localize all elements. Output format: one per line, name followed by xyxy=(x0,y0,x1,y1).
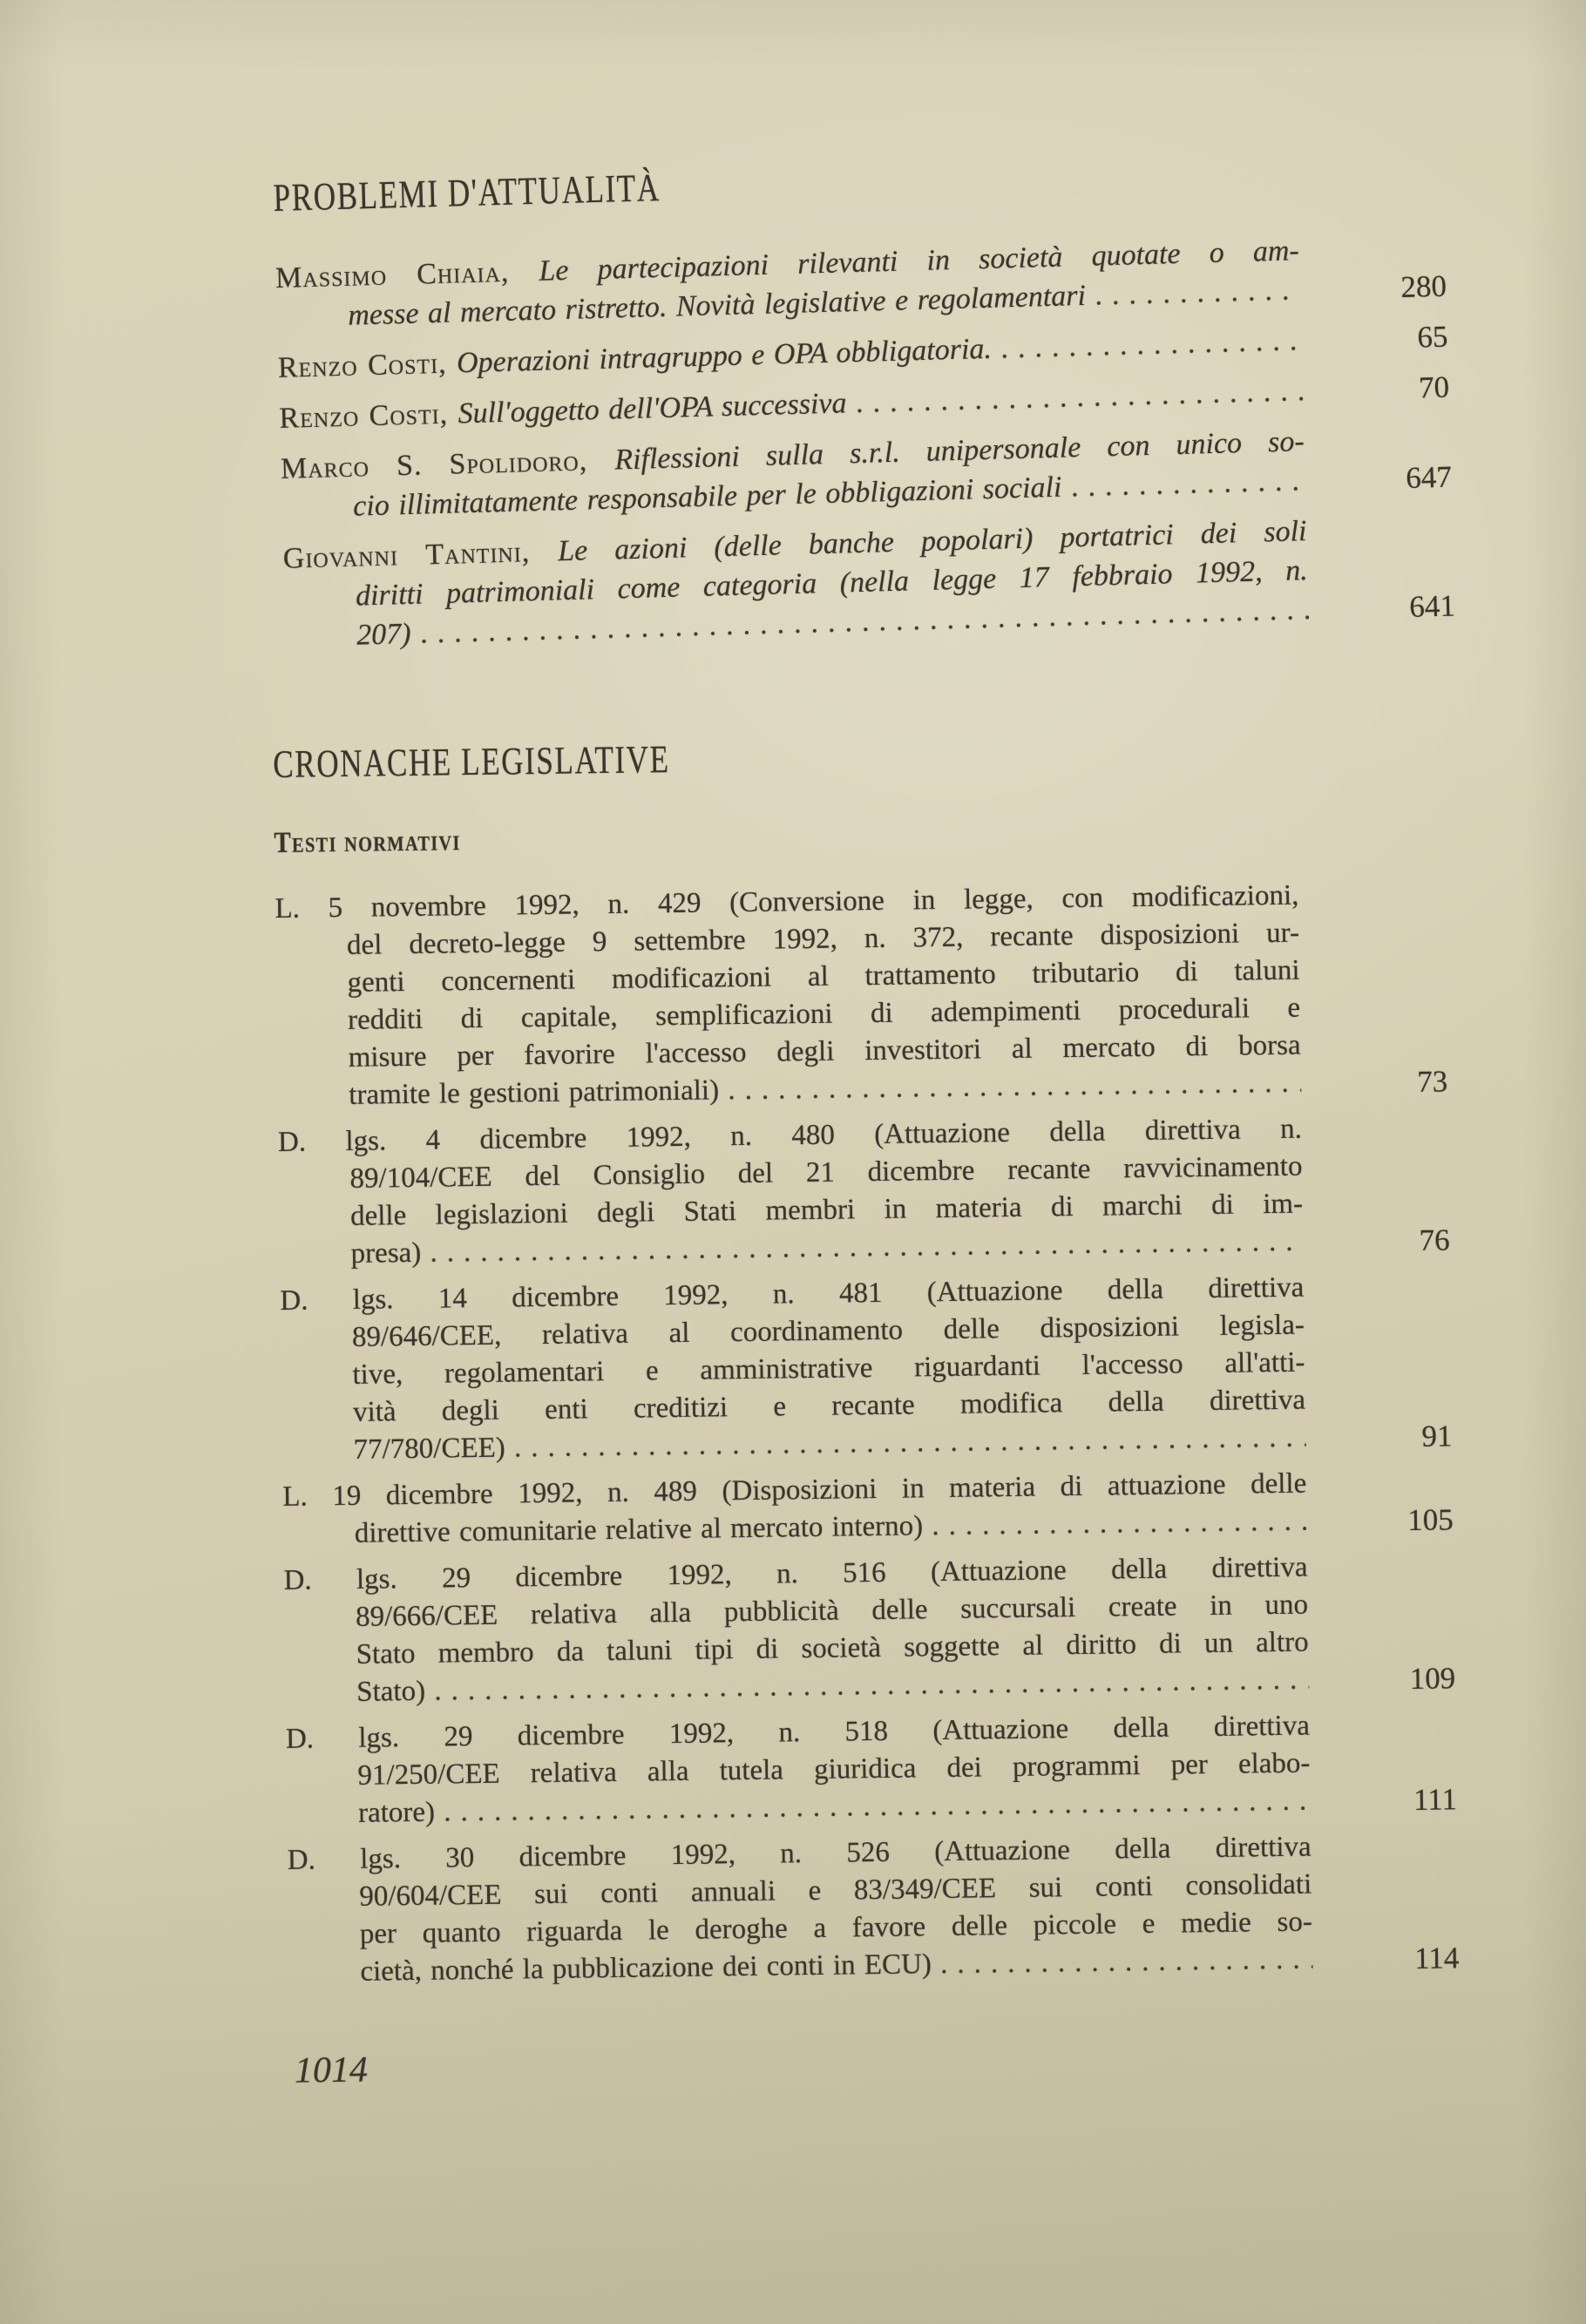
entry-title-text: direttive comunitarie relative al mercat… xyxy=(355,1508,932,1553)
toc-entry: D. lgs. 4 dicembre 1992, n. 480 (Attuazi… xyxy=(278,1108,1454,1274)
subsection-heading: Testi normativi xyxy=(274,815,1271,859)
toc-entries-cronache: L. 5 novembre 1992, n. 429 (Conversione … xyxy=(274,875,1462,1992)
page-number-column: 65 xyxy=(1301,316,1452,360)
toc-entry: Giovanni Tantini, Le azioni (delle banch… xyxy=(282,507,1459,656)
toc-entry: D. lgs. 29 dicembre 1992, n. 516 (Attuaz… xyxy=(283,1547,1459,1712)
page-number: 647 xyxy=(1406,457,1453,498)
entry-title-text: Sull'oggetto dell'OPA successiva xyxy=(457,383,857,433)
page-number-column: 111 xyxy=(1310,1705,1461,1819)
page-number: 105 xyxy=(1407,1501,1454,1539)
toc-entry: D. lgs. 14 dicembre 1992, n. 481 (Attuaz… xyxy=(280,1267,1456,1470)
page-number-column: 73 xyxy=(1298,875,1451,1101)
page-number-column: 647 xyxy=(1304,417,1455,500)
page-number: 109 xyxy=(1409,1659,1455,1697)
page-number-column: 114 xyxy=(1311,1826,1462,1978)
toc-entry-text: L. 19 dicembre 1992, n. 489 (Disposizion… xyxy=(282,1466,1307,1554)
entry-title-text: 77/780/CEE) xyxy=(353,1429,514,1468)
toc-entry-text: D. lgs. 29 dicembre 1992, n. 516 (Attuaz… xyxy=(283,1549,1309,1712)
author-name: Marco S. Spolidoro, xyxy=(281,444,615,485)
section-heading: CRONACHE LEGISLATIVE xyxy=(273,731,1189,785)
author-name: Massimo Chiaia, xyxy=(275,255,539,295)
author-name: Renzo Costi, xyxy=(277,343,457,388)
section-cronache-legislative: CRONACHE LEGISLATIVE Testi normativi L. … xyxy=(273,728,1463,2001)
toc-entry: D. lgs. 30 dicembre 1992, n. 526 (Attuaz… xyxy=(288,1826,1463,1992)
folio-page-number: 1014 xyxy=(295,2049,369,2091)
page-number: 65 xyxy=(1417,317,1448,357)
page-number-column: 76 xyxy=(1302,1108,1454,1260)
toc-entry-text: Giovanni Tantini, Le azioni (delle banch… xyxy=(282,512,1309,657)
page-number: 91 xyxy=(1421,1417,1453,1454)
page-number: 70 xyxy=(1418,368,1449,408)
entry-title-text: presa) xyxy=(350,1235,430,1273)
page-number: 76 xyxy=(1419,1221,1450,1258)
toc-entry: L. 5 novembre 1992, n. 429 (Conversione … xyxy=(274,875,1451,1115)
page-number-column: 91 xyxy=(1304,1267,1456,1456)
page-number-column: 70 xyxy=(1302,367,1453,410)
page-number-column: 280 xyxy=(1298,227,1450,310)
toc-entry-text: D. lgs. 4 dicembre 1992, n. 480 (Attuazi… xyxy=(278,1111,1304,1274)
toc-entry-text: Marco S. Spolidoro, Riflessioni sulla s.… xyxy=(280,422,1305,528)
section-problemi-attualita: PROBLEMI D'ATTUALITÀ Massimo Chiaia, Le … xyxy=(273,146,1460,668)
page-number: 280 xyxy=(1400,267,1447,307)
entry-title-text: ratore) xyxy=(358,1794,444,1833)
toc-entry-text: D. lgs. 30 dicembre 1992, n. 526 (Attuaz… xyxy=(288,1829,1313,1992)
dot-leader: ........................................… xyxy=(855,371,1303,423)
dot-leader: ........................................… xyxy=(1000,321,1302,368)
toc-entry-text: D. lgs. 14 dicembre 1992, n. 481 (Attuaz… xyxy=(280,1270,1306,1470)
toc-entry-text: L. 5 novembre 1992, n. 429 (Conversione … xyxy=(274,877,1301,1115)
page-number: 114 xyxy=(1414,1939,1460,1977)
book-page-photo: { "photo": { "page_color": "#d7d1b5", "i… xyxy=(0,0,1586,2324)
dot-leader: ........................................… xyxy=(932,1503,1307,1546)
author-name: Renzo Costi, xyxy=(279,394,458,438)
author-name: Giovanni Tantini, xyxy=(282,535,558,575)
entry-title-text: cietà, nonché la pubblicazione dei conti… xyxy=(360,1946,940,1991)
dot-leader: ........................................… xyxy=(1095,270,1301,315)
page-number: 641 xyxy=(1409,586,1456,626)
section-heading: PROBLEMI D'ATTUALITÀ xyxy=(273,152,1189,219)
page-number-column: 641 xyxy=(1306,507,1460,629)
page-number-column: 109 xyxy=(1307,1547,1459,1698)
toc-entries-problemi: Massimo Chiaia, Le partecipazioni rileva… xyxy=(275,227,1460,657)
dot-leader: ........................................… xyxy=(728,1065,1301,1110)
page-number: 111 xyxy=(1413,1780,1457,1819)
dot-leader: ........................................… xyxy=(1070,461,1305,506)
toc-entry-text: D. lgs. 29 dicembre 1992, n. 518 (Attuaz… xyxy=(286,1708,1311,1833)
entry-title-text: 207) xyxy=(356,614,421,655)
entry-title-text: Stato) xyxy=(356,1673,435,1711)
page-number: 73 xyxy=(1417,1062,1448,1100)
subsection-testi-normativi: Testi normativi xyxy=(274,812,1447,859)
toc-entry-text: Massimo Chiaia, Le partecipazioni rileva… xyxy=(275,231,1301,337)
toc-entry: L. 19 dicembre 1992, n. 489 (Disposizion… xyxy=(282,1463,1457,1554)
entry-title-text: tramite le gestioni patrimoniali) xyxy=(349,1072,729,1115)
entry-title-text: Operazioni intragruppo e OPA obbligatori… xyxy=(456,329,1001,383)
dot-leader: ........................................… xyxy=(940,1941,1313,1984)
toc-entry: D. lgs. 29 dicembre 1992, n. 518 (Attuaz… xyxy=(286,1705,1461,1833)
page-number-column: 105 xyxy=(1306,1463,1457,1540)
